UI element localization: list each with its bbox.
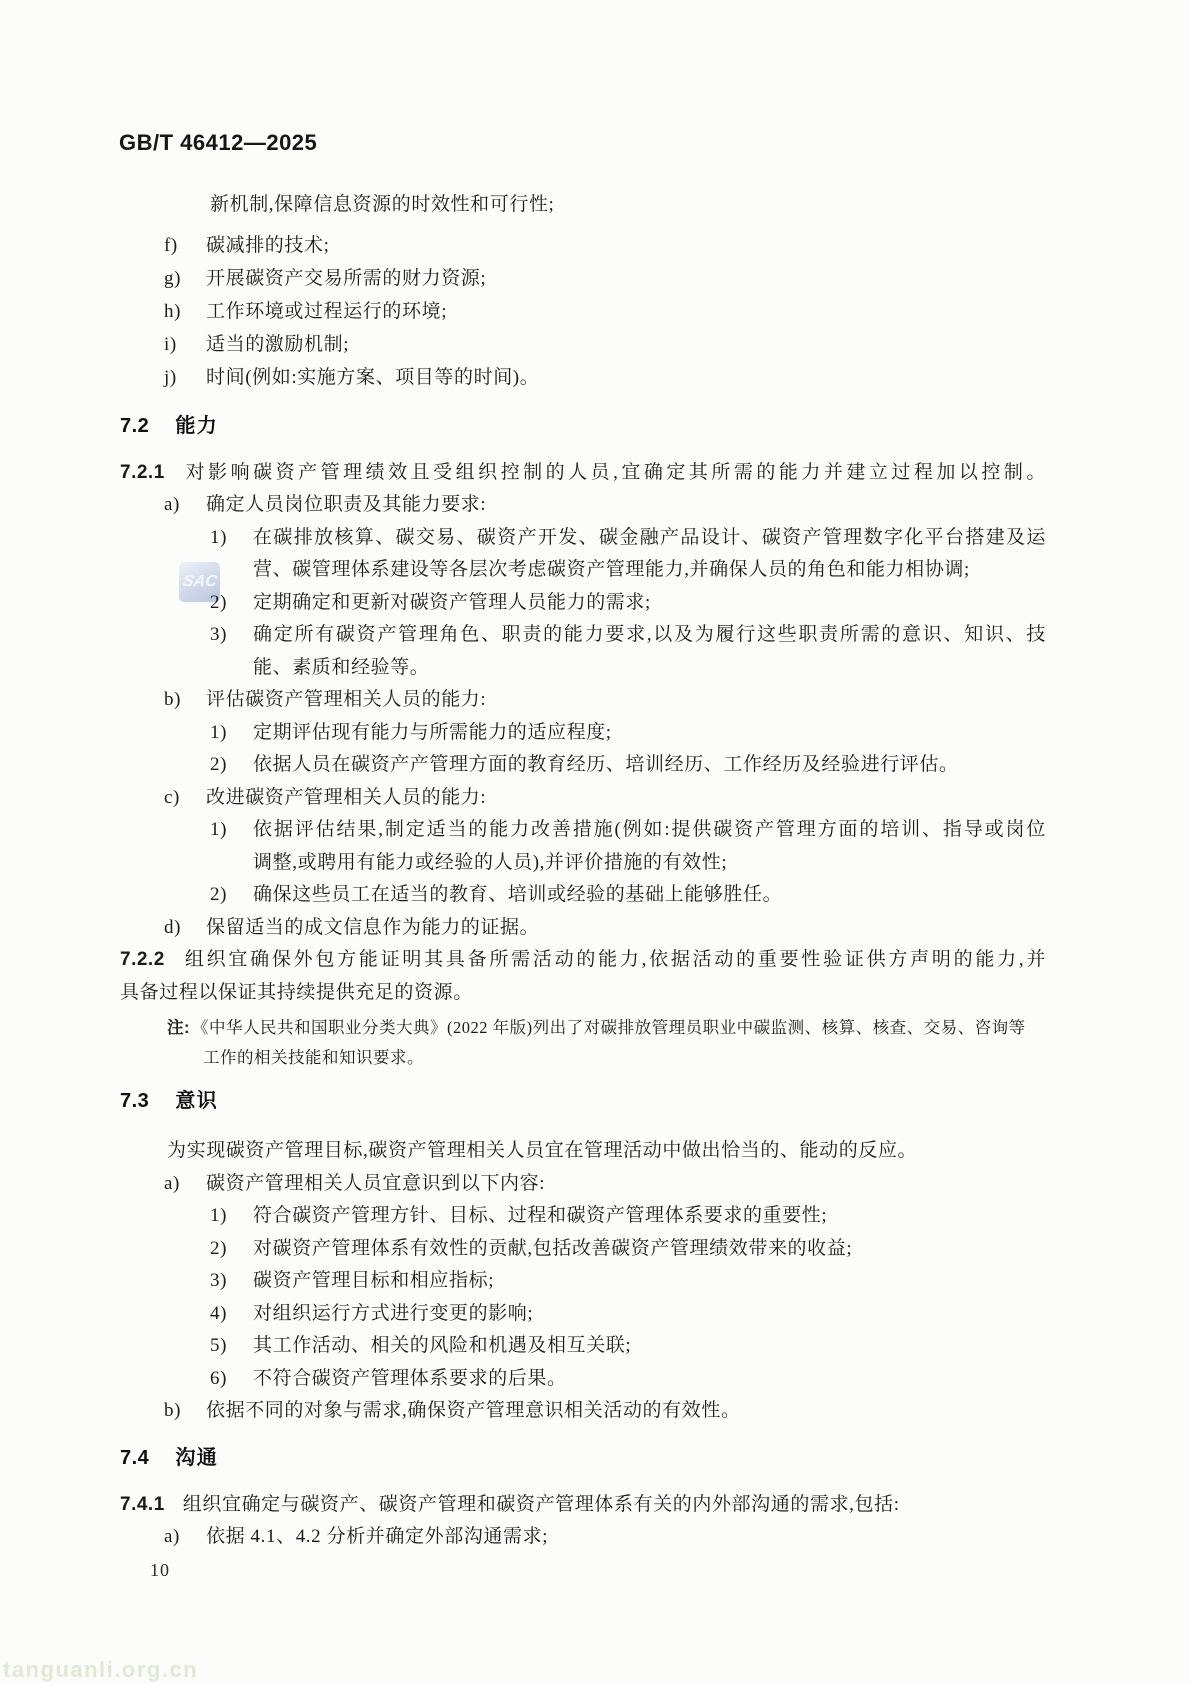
clause-7-2-1-list: a) 确定人员岗位职责及其能力要求: 1) 在碳排放核算、碳交易、碳资产开发、碳… <box>120 489 1046 944</box>
list-item: g) 开展碳资产交易所需的财力资源; <box>120 262 1046 295</box>
list-item-label: 2) <box>210 749 227 782</box>
page-body: 新机制,保障信息资源的时效性和可行性; f) 碳减排的技术; g) 开展碳资产交… <box>120 189 1046 1586</box>
clause-number: 7.4.1 <box>120 1494 165 1515</box>
list-item: h) 工作环境或过程运行的环境; <box>120 295 1046 328</box>
list-item: 3) 碳资产管理目标和相应指标; <box>120 1265 1046 1298</box>
list-item-label: 2) <box>210 587 227 620</box>
list-item-label: 1) <box>210 522 227 555</box>
list-item-text: 其工作活动、相关的风险和机遇及相互关联; <box>120 1330 1046 1363</box>
list-item: b) 依据不同的对象与需求,确保资产管理意识相关活动的有效性。 <box>120 1395 1046 1428</box>
list-item: 2) 确保这些员工在适当的教育、培训或经验的基础上能够胜任。 <box>120 879 1046 912</box>
section-title: 意识 <box>175 1090 218 1112</box>
list-item-text: 确保这些员工在适当的教育、培训或经验的基础上能够胜任。 <box>120 879 1046 912</box>
list-item-label: 2) <box>210 879 227 912</box>
list-item-text: 依据人员在碳资产产管理方面的教育经历、培训经历、工作经历及经验进行评估。 <box>120 749 1046 782</box>
list-item-label: 4) <box>210 1298 227 1331</box>
note-label: 注: <box>167 1019 190 1037</box>
list-item-label: h) <box>164 295 181 328</box>
list-item: f) 碳减排的技术; <box>120 229 1046 262</box>
list-item-line: 确定所有碳资产管理角色、职责的能力要求,以及为履行这些职责所需的意识、知识、技 <box>253 619 1046 652</box>
list-item: i) 适当的激励机制; <box>120 328 1046 361</box>
list-item-text: 开展碳资产交易所需的财力资源; <box>120 262 1046 295</box>
list-item-text: 确定所有碳资产管理角色、职责的能力要求,以及为履行这些职责所需的意识、知识、技 … <box>120 619 1046 684</box>
note-line: 注:《中华人民共和国职业分类大典》(2022 年版)列出了对碳排放管理员职业中碳… <box>120 1013 1046 1043</box>
list-item-text: 依据评估结果,制定适当的能力改善措施(例如:提供碳资产管理方面的培训、指导或岗位… <box>120 814 1046 879</box>
list-item-label: b) <box>164 684 181 717</box>
list-item-label: a) <box>164 489 180 522</box>
section-heading-7-2: 7.2能力 <box>120 410 1046 443</box>
list-item-text: 对组织运行方式进行变更的影响; <box>120 1298 1046 1331</box>
list-item-label: 1) <box>210 717 227 750</box>
list-item: 5) 其工作活动、相关的风险和机遇及相互关联; <box>120 1330 1046 1363</box>
list-item-label: 3) <box>210 619 227 652</box>
list-item: 1) 依据评估结果,制定适当的能力改善措施(例如:提供碳资产管理方面的培训、指导… <box>120 814 1046 879</box>
list-item-text: 依据不同的对象与需求,确保资产管理意识相关活动的有效性。 <box>120 1395 1046 1428</box>
section-number: 7.3 <box>120 1090 149 1112</box>
clause-number: 7.2.2 <box>120 949 165 970</box>
page-number: 10 <box>150 1554 1046 1587</box>
list-item-text: 时间(例如:实施方案、项目等的时间)。 <box>120 361 1046 394</box>
list-item: a) 确定人员岗位职责及其能力要求: <box>120 489 1046 522</box>
note-text: 《中华人民共和国职业分类大典》(2022 年版)列出了对碳排放管理员职业中碳监测… <box>192 1018 1026 1037</box>
list-item-text: 确定人员岗位职责及其能力要求: <box>120 489 1046 522</box>
list-item-label: c) <box>164 782 180 815</box>
list-item-text: 改进碳资产管理相关人员的能力: <box>120 782 1046 815</box>
list-item-label: 6) <box>210 1363 227 1396</box>
list-item-text: 定期评估现有能力与所需能力的适应程度; <box>120 717 1046 750</box>
clause-line: 7.2.2组织宜确保外包方能证明其具备所需活动的能力,依据活动的重要性验证供方声… <box>120 944 1046 977</box>
list-item: d) 保留适当的成文信息作为能力的证据。 <box>120 912 1046 945</box>
list-item: 1) 在碳排放核算、碳交易、碳资产开发、碳金融产品设计、碳资产管理数字化平台搭建… <box>120 522 1046 587</box>
list-item: c) 改进碳资产管理相关人员的能力: <box>120 782 1046 815</box>
list-item: 2) 对碳资产管理体系有效性的贡献,包括改善碳资产管理绩效带来的收益; <box>120 1233 1046 1266</box>
list-item-text: 适当的激励机制; <box>120 328 1046 361</box>
list-item-text: 对碳资产管理体系有效性的贡献,包括改善碳资产管理绩效带来的收益; <box>120 1233 1046 1266</box>
list-item-text: 在碳排放核算、碳交易、碳资产开发、碳金融产品设计、碳资产管理数字化平台搭建及运 … <box>120 522 1046 587</box>
list-item-text: 依据 4.1、4.2 分析并确定外部沟通需求; <box>120 1521 1046 1554</box>
list-item-label: 1) <box>210 814 227 847</box>
continued-paragraph-line: 新机制,保障信息资源的时效性和可行性; <box>120 189 1046 222</box>
clause-text: 组织宜确保外包方能证明其具备所需活动的能力,依据活动的重要性验证供方声明的能力,… <box>183 949 1046 970</box>
list-item: 4) 对组织运行方式进行变更的影响; <box>120 1298 1046 1331</box>
section-heading-7-4: 7.4沟通 <box>120 1442 1046 1475</box>
section-number: 7.4 <box>120 1447 149 1469</box>
list-item: 2) 依据人员在碳资产产管理方面的教育经历、培训经历、工作经历及经验进行评估。 <box>120 749 1046 782</box>
standard-code-header: GB/T 46412—2025 <box>119 130 317 156</box>
list-item-line: 营、碳管理体系建设等各层次考虑碳资产管理能力,并确保人员的角色和能力相协调; <box>253 554 1046 587</box>
section-title: 沟通 <box>175 1447 218 1469</box>
clause-line: 具备过程以保证其持续提供充足的资源。 <box>120 977 1046 1010</box>
clause-text: 对影响碳资产管理绩效且受组织控制的人员,宜确定其所需的能力并建立过程加以控制。 <box>183 462 1046 483</box>
list-item-label: f) <box>164 229 178 262</box>
list-item-text: 工作环境或过程运行的环境; <box>120 295 1046 328</box>
list-item: 2) 定期确定和更新对碳资产管理人员能力的需求; <box>120 587 1046 620</box>
site-watermark: tanguanli.org.cn <box>3 1657 198 1683</box>
list-item: 6) 不符合碳资产管理体系要求的后果。 <box>120 1363 1046 1396</box>
list-item: j) 时间(例如:实施方案、项目等的时间)。 <box>120 361 1046 394</box>
list-item-text: 定期确定和更新对碳资产管理人员能力的需求; <box>120 587 1046 620</box>
list-item-text: 不符合碳资产管理体系要求的后果。 <box>120 1363 1046 1396</box>
section-number: 7.2 <box>120 415 149 437</box>
note-block: 注:《中华人民共和国职业分类大典》(2022 年版)列出了对碳排放管理员职业中碳… <box>120 1013 1046 1073</box>
list-item-label: a) <box>164 1168 180 1201</box>
section-7-3-intro: 为实现碳资产管理目标,碳资产管理相关人员宜在管理活动中做出恰当的、能动的反应。 <box>120 1135 1046 1168</box>
list-item-text: 碳减排的技术; <box>120 229 1046 262</box>
document-page: SAC tanguanli.org.cn GB/T 46412—2025 新机制… <box>0 0 1190 1684</box>
list-item: 1) 符合碳资产管理方针、目标、过程和碳资产管理体系要求的重要性; <box>120 1200 1046 1233</box>
resource-list: f) 碳减排的技术; g) 开展碳资产交易所需的财力资源; h) 工作环境或过程… <box>120 229 1046 394</box>
list-item-text: 碳资产管理相关人员宜意识到以下内容: <box>120 1168 1046 1201</box>
section-7-3-list: a) 碳资产管理相关人员宜意识到以下内容: 1) 符合碳资产管理方针、目标、过程… <box>120 1168 1046 1428</box>
section-title: 能力 <box>175 415 218 437</box>
list-item-line: 能、素质和经验等。 <box>253 652 1046 685</box>
list-item-text: 评估碳资产管理相关人员的能力: <box>120 684 1046 717</box>
list-item-label: j) <box>164 361 177 394</box>
clause-7-2-1: 7.2.1对影响碳资产管理绩效且受组织控制的人员,宜确定其所需的能力并建立过程加… <box>120 457 1046 490</box>
note-line: 工作的相关技能和知识要求。 <box>120 1043 1046 1073</box>
list-item: a) 碳资产管理相关人员宜意识到以下内容: <box>120 1168 1046 1201</box>
list-item-line: 依据评估结果,制定适当的能力改善措施(例如:提供碳资产管理方面的培训、指导或岗位 <box>253 814 1046 847</box>
list-item: a) 依据 4.1、4.2 分析并确定外部沟通需求; <box>120 1521 1046 1554</box>
list-item-text: 碳资产管理目标和相应指标; <box>120 1265 1046 1298</box>
list-item: b) 评估碳资产管理相关人员的能力: <box>120 684 1046 717</box>
clause-7-4-1: 7.4.1组织宜确定与碳资产、碳资产管理和碳资产管理体系有关的内外部沟通的需求,… <box>120 1489 1046 1522</box>
list-item-label: 1) <box>210 1200 227 1233</box>
list-item-line: 调整,或聘用有能力或经验的人员),并评价措施的有效性; <box>253 847 1046 880</box>
section-heading-7-3: 7.3意识 <box>120 1085 1046 1118</box>
list-item-label: g) <box>164 262 181 295</box>
list-item-label: d) <box>164 912 181 945</box>
list-item-label: 3) <box>210 1265 227 1298</box>
list-item-line: 在碳排放核算、碳交易、碳资产开发、碳金融产品设计、碳资产管理数字化平台搭建及运 <box>253 522 1046 555</box>
clause-number: 7.2.1 <box>120 462 165 483</box>
list-item: 3) 确定所有碳资产管理角色、职责的能力要求,以及为履行这些职责所需的意识、知识… <box>120 619 1046 684</box>
clause-text: 组织宜确定与碳资产、碳资产管理和碳资产管理体系有关的内外部沟通的需求,包括: <box>183 1494 900 1515</box>
list-item-label: 2) <box>210 1233 227 1266</box>
list-item-label: i) <box>164 328 177 361</box>
list-item-label: 5) <box>210 1330 227 1363</box>
list-item-label: b) <box>164 1395 181 1428</box>
list-item-text: 保留适当的成文信息作为能力的证据。 <box>120 912 1046 945</box>
list-item: 1) 定期评估现有能力与所需能力的适应程度; <box>120 717 1046 750</box>
list-item-label: a) <box>164 1521 180 1554</box>
list-item-text: 符合碳资产管理方针、目标、过程和碳资产管理体系要求的重要性; <box>120 1200 1046 1233</box>
clause-7-2-2: 7.2.2组织宜确保外包方能证明其具备所需活动的能力,依据活动的重要性验证供方声… <box>120 944 1046 1009</box>
